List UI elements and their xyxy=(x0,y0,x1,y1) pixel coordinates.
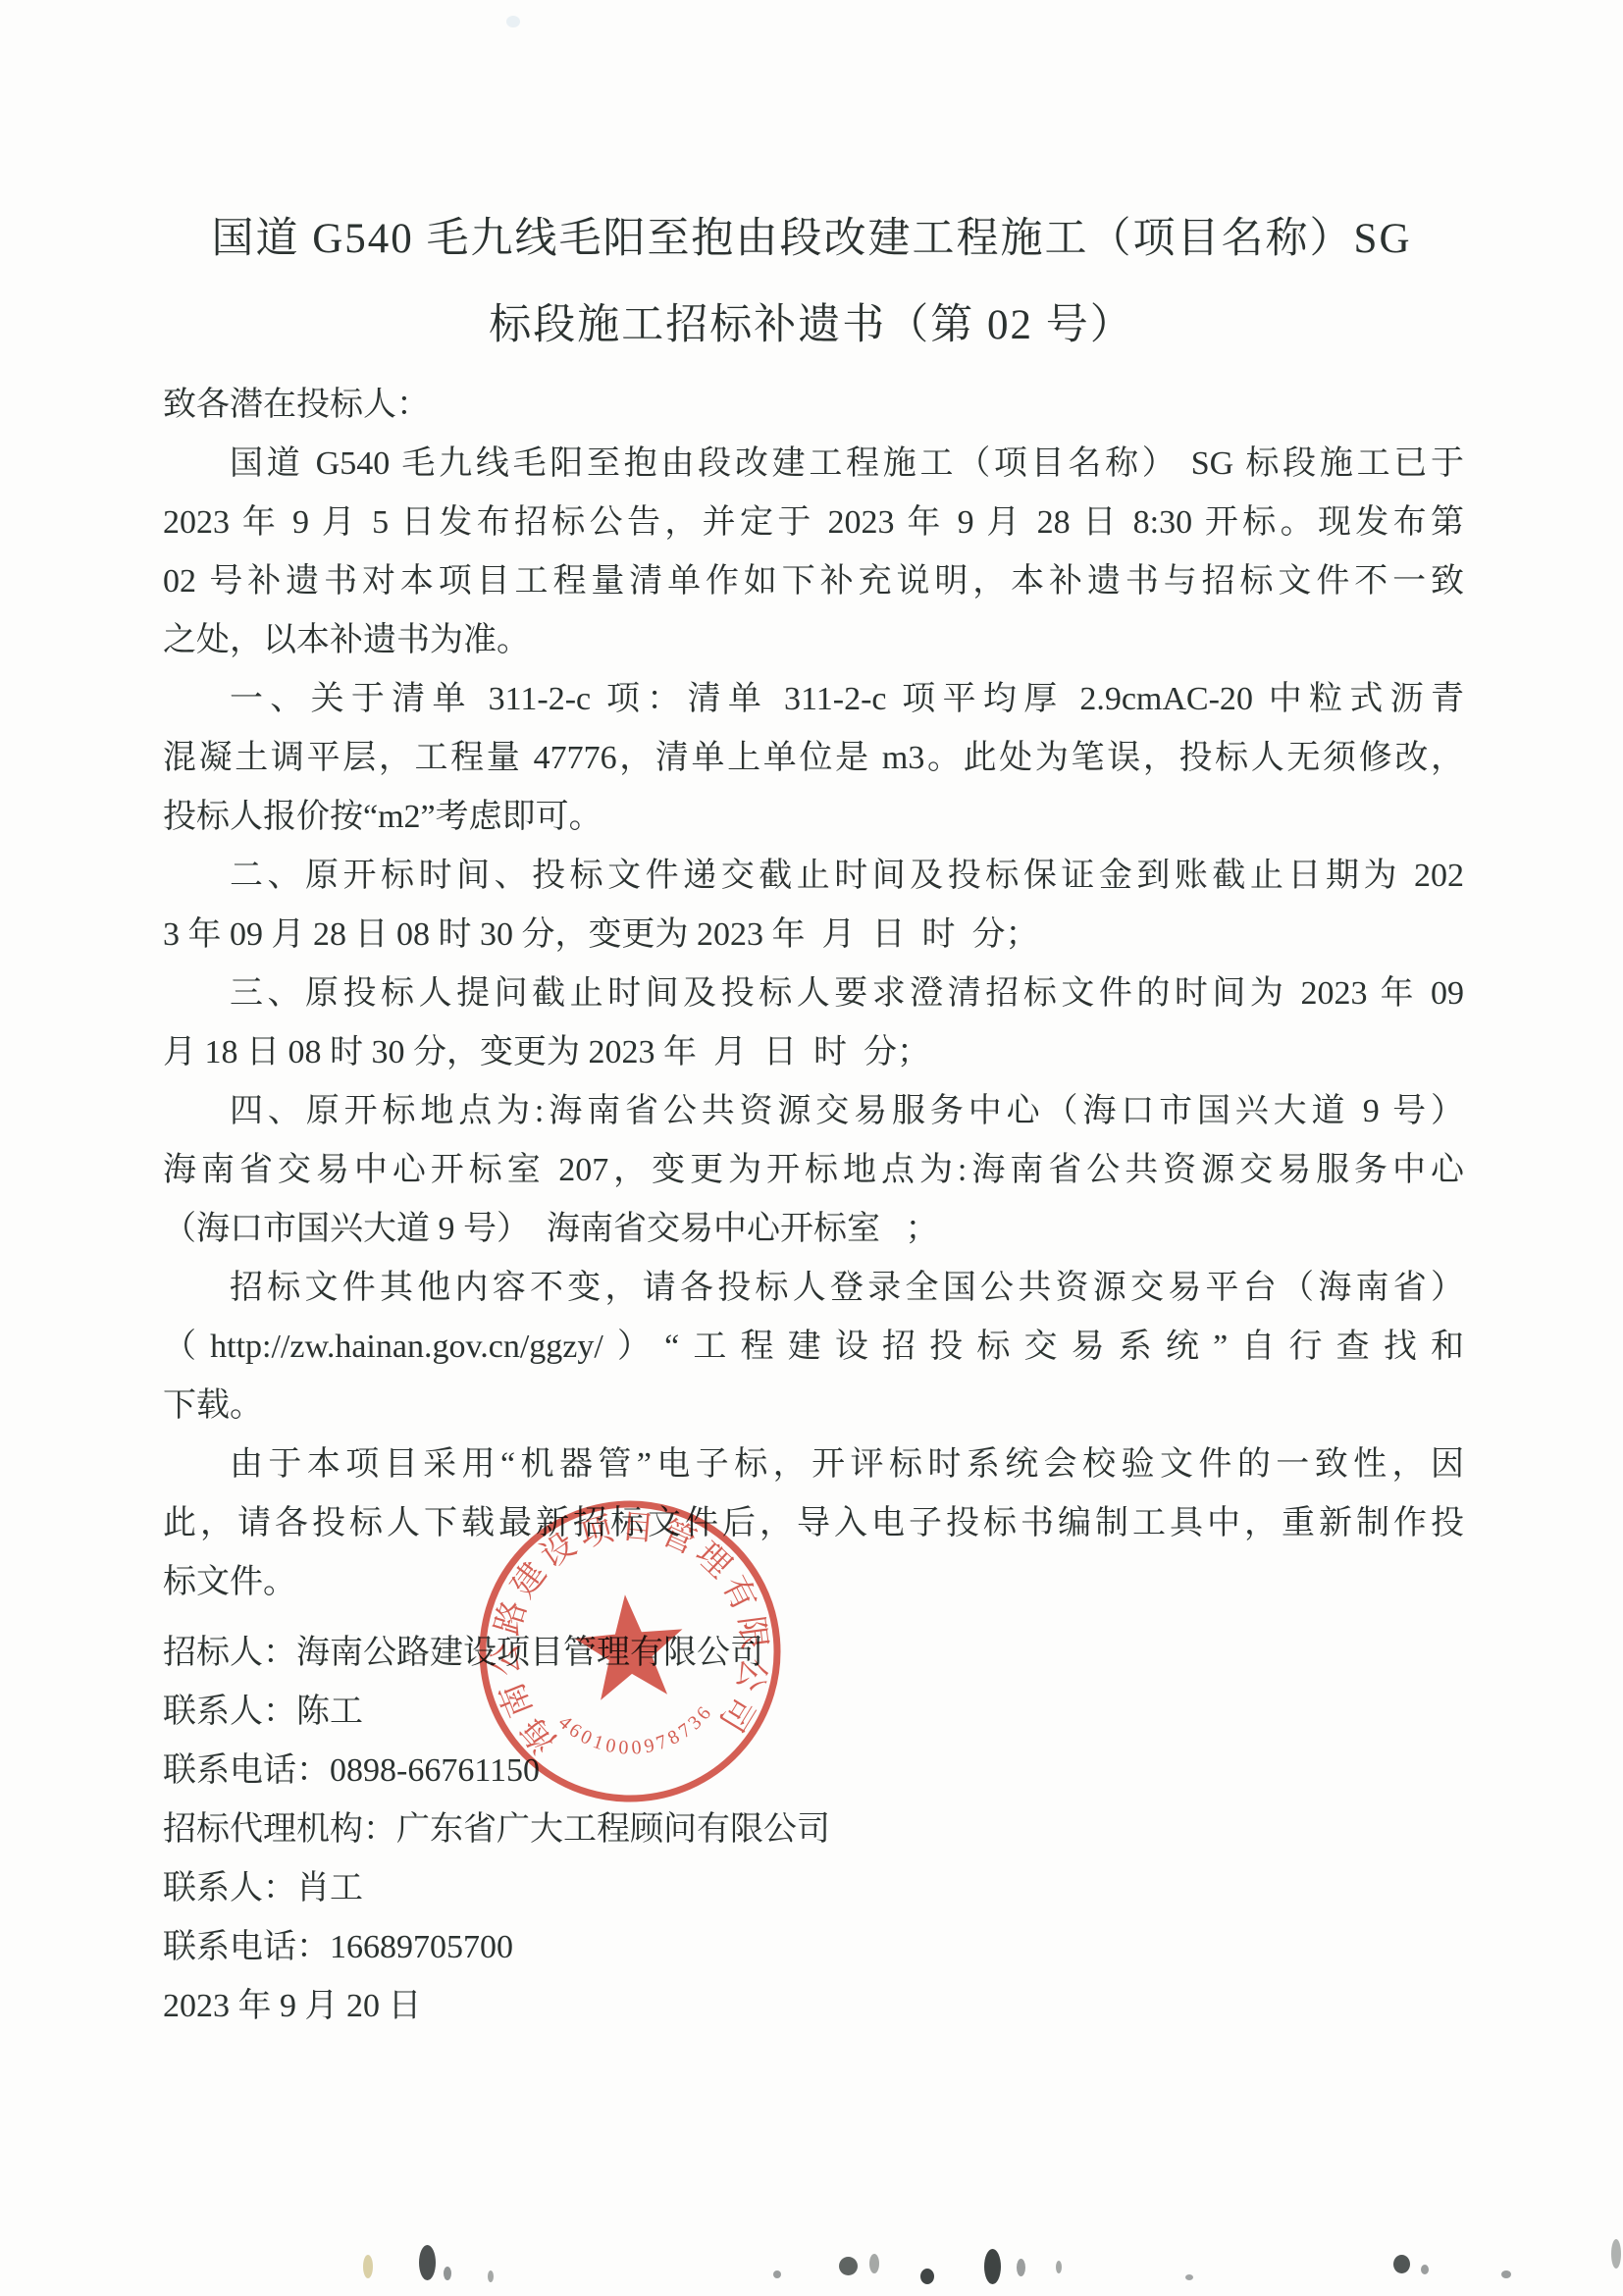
doc-line: 一、关于清单 311-2-c 项：清单 311-2-c 项平均厚 2.9cmAC… xyxy=(163,670,1464,729)
scan-artifact xyxy=(488,2270,494,2282)
scan-artifact xyxy=(1393,2255,1410,2273)
scanned-document-page: 国道 G540 毛九线毛阳至抱由段改建工程施工（项目名称）SG 标段施工招标补遗… xyxy=(0,0,1623,2296)
date-line: 2023 年 9 月 20 日 xyxy=(163,1977,1464,2036)
document-footer: 招标人：海南公路建设项目管理有限公司 联系人：陈工 联系电话：0898-6676… xyxy=(163,1624,1464,2036)
seal-star-icon xyxy=(571,1590,688,1701)
doc-line: 下载。 xyxy=(163,1377,1464,1435)
agency-line: 招标代理机构：广东省广大工程顾问有限公司 xyxy=(163,1800,1464,1859)
company-seal: 海南公路建设项目管理有限公司 4601000978736 xyxy=(463,1485,797,1818)
scan-artifact xyxy=(419,2245,436,2280)
scan-artifact xyxy=(773,2270,781,2278)
contact-person-line: 联系人：陈工 xyxy=(163,1683,1464,1742)
doc-line: 致各潜在投标人： xyxy=(163,376,1464,435)
scan-artifact xyxy=(1421,2265,1429,2274)
doc-line: 由于本项目采用“机器管”电子标，开评标时系统会校验文件的一致性，因 xyxy=(163,1435,1464,1494)
doc-line: 四、原开标地点为:海南省公共资源交易服务中心（海口市国兴大道 9 号） xyxy=(163,1082,1464,1141)
doc-line: 投标人报价按“m2”考虑即可。 xyxy=(163,788,1464,847)
scan-artifact xyxy=(1185,2274,1193,2280)
doc-line: 招标文件其他内容不变，请各投标人登录全国公共资源交易平台（海南省） xyxy=(163,1259,1464,1318)
doc-line: 02 号补遗书对本项目工程量清单作如下补充说明，本补遗书与招标文件不一致 xyxy=(163,552,1464,611)
doc-line: 二、原开标时间、投标文件递交截止时间及投标保证金到账截止日期为 202 xyxy=(163,847,1464,906)
doc-line: 国道 G540 毛九线毛阳至抱由段改建工程施工（项目名称） SG 标段施工已于 xyxy=(163,435,1464,494)
doc-line: 2023 年 9 月 5 日发布招标公告，并定于 2023 年 9 月 28 日… xyxy=(163,494,1464,552)
scan-artifact xyxy=(1056,2261,1062,2273)
scan-artifact xyxy=(869,2254,879,2273)
scan-artifact xyxy=(1501,2270,1511,2278)
document-body: 致各潜在投标人： 国道 G540 毛九线毛阳至抱由段改建工程施工（项目名称） S… xyxy=(163,376,1464,2036)
doc-line: 混凝土调平层，工程量 47776，清单上单位是 m3。此处为笔误，投标人无须修改… xyxy=(163,729,1464,788)
doc-line: 海南省交易中心开标室 207，变更为开标地点为:海南省公共资源交易服务中心 xyxy=(163,1141,1464,1200)
contact-phone-line: 联系电话：0898-66761150 xyxy=(163,1742,1464,1800)
doc-line: （海口市国兴大道 9 号） 海南省交易中心开标室 ； xyxy=(163,1200,1464,1259)
doc-line: 标文件。 xyxy=(163,1553,1464,1612)
scan-artifact xyxy=(506,16,520,27)
doc-line: 三、原投标人提问截止时间及投标人要求澄清招标文件的时间为 2023 年 09 xyxy=(163,965,1464,1023)
document-title: 国道 G540 毛九线毛阳至抱由段改建工程施工（项目名称）SG 标段施工招标补遗… xyxy=(0,196,1623,369)
agency-contact-line: 联系人：肖工 xyxy=(163,1859,1464,1918)
scan-artifact xyxy=(984,2249,1001,2284)
doc-line: 此，请各投标人下载最新招标文件后，导入电子投标书编制工具中，重新制作投 xyxy=(163,1494,1464,1553)
scan-artifact xyxy=(363,2255,373,2278)
seal-code-text-holder: 4601000978736 xyxy=(552,1698,720,1765)
doc-line: 月 18 日 08 时 30 分，变更为 2023 年 月 日 时 分； xyxy=(163,1023,1464,1082)
scan-artifact xyxy=(839,2257,858,2275)
tenderer-line: 招标人：海南公路建设项目管理有限公司 xyxy=(163,1624,1464,1683)
doc-line: 之处，以本补遗书为准。 xyxy=(163,611,1464,670)
document-title-line-2: 标段施工招标补遗书（第 02 号） xyxy=(0,283,1623,369)
document-title-line-1: 国道 G540 毛九线毛阳至抱由段改建工程施工（项目名称）SG xyxy=(0,196,1623,283)
agency-phone-line: 联系电话：16689705700 xyxy=(163,1918,1464,1977)
scan-artifact xyxy=(1017,2259,1025,2276)
doc-line: 3 年 09 月 28 日 08 时 30 分，变更为 2023 年 月 日 时… xyxy=(163,906,1464,965)
doc-line: （http://zw.hainan.gov.cn/ggzy/）“工程建设招投标交… xyxy=(163,1318,1464,1377)
seal-code: 4601000978736 xyxy=(552,1698,720,1765)
scan-artifact xyxy=(920,2269,934,2284)
scan-artifact xyxy=(444,2267,451,2280)
scan-artifact xyxy=(1611,2239,1621,2269)
